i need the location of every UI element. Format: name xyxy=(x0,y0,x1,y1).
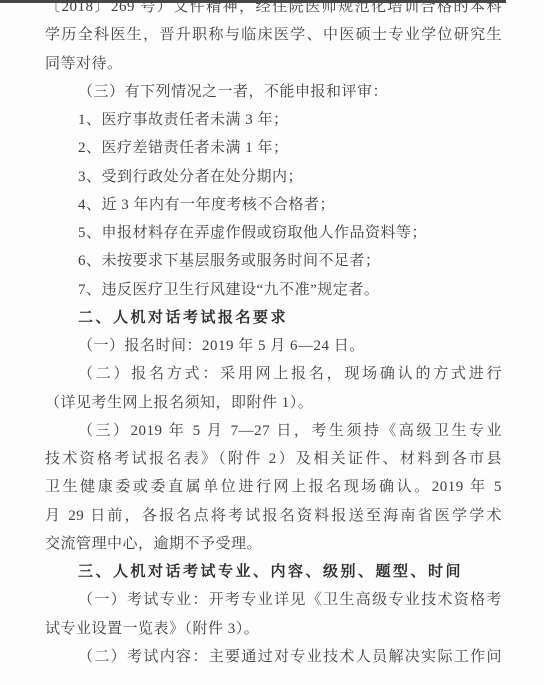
scanned-document-page: 〔2018〕269 号）文件精神，经住院医师规范化培训合格的本科学历全科医生，晋… xyxy=(0,0,544,685)
text-line: 5、申报材料存在弄虚作假或窃取他人作品资料等； xyxy=(45,219,502,247)
text-line: 2、医疗差错责任者未满 1 年； xyxy=(45,134,502,162)
heading-line: 二、人机对话考试报名要求 xyxy=(45,304,502,332)
text-line: 学历全科医生，晋升职称与临床医学、中医硕士专业学位研究生 xyxy=(45,21,502,49)
text-line: 〔2018〕269 号）文件精神，经住院医师规范化培训合格的本科 xyxy=(45,0,502,21)
text-line: 同等对待。 xyxy=(45,50,502,78)
text-line: 3、受到行政处分者在处分期内； xyxy=(45,163,502,191)
text-line: 月 29 日前，各报名点将考试报名资料报送至海南省医学学术 xyxy=(45,502,502,530)
text-line: 交流管理中心，逾期不予受理。 xyxy=(45,530,502,558)
text-line: （三）有下列情况之一者，不能申报和评审： xyxy=(45,78,502,106)
text-line: （二）考试内容：主要通过对专业技术人员解决实际工作问 xyxy=(45,643,502,671)
text-line: 7、违反医疗卫生行风建设“九不准”规定者。 xyxy=(45,276,502,304)
heading-line: 三、人机对话考试专业、内容、级别、题型、时间 xyxy=(45,558,502,586)
text-line: 卫生健康委或委直属单位进行网上报名现场确认。2019 年 5 xyxy=(45,473,502,501)
text-line: 6、未按要求下基层服务或服务时间不足者； xyxy=(45,247,502,275)
text-line: 试专业设置一览表》（附件 3）。 xyxy=(45,615,502,643)
text-line: （详见考生网上报名须知，即附件 1）。 xyxy=(45,389,502,417)
text-line: （一）报名时间：2019 年 5 月 6—24 日。 xyxy=(45,332,502,360)
text-line: 技术资格考试报名表》（附件 2）及相关证件、材料到各市县 xyxy=(45,445,502,473)
document-body: 〔2018〕269 号）文件精神，经住院医师规范化培训合格的本科学历全科医生，晋… xyxy=(45,0,502,671)
text-line: （一）考试专业：开考专业详见《卫生高级专业技术资格考 xyxy=(45,586,502,614)
scan-edge-artifact xyxy=(0,0,506,3)
text-line: 4、近 3 年内有一年度考核不合格者； xyxy=(45,191,502,219)
text-line: 1、医疗事故责任者未满 3 年； xyxy=(45,106,502,134)
text-line: （二）报名方式：采用网上报名，现场确认的方式进行 xyxy=(45,360,502,388)
text-line: （三）2019 年 5 月 7—27 日，考生须持《高级卫生专业 xyxy=(45,417,502,445)
